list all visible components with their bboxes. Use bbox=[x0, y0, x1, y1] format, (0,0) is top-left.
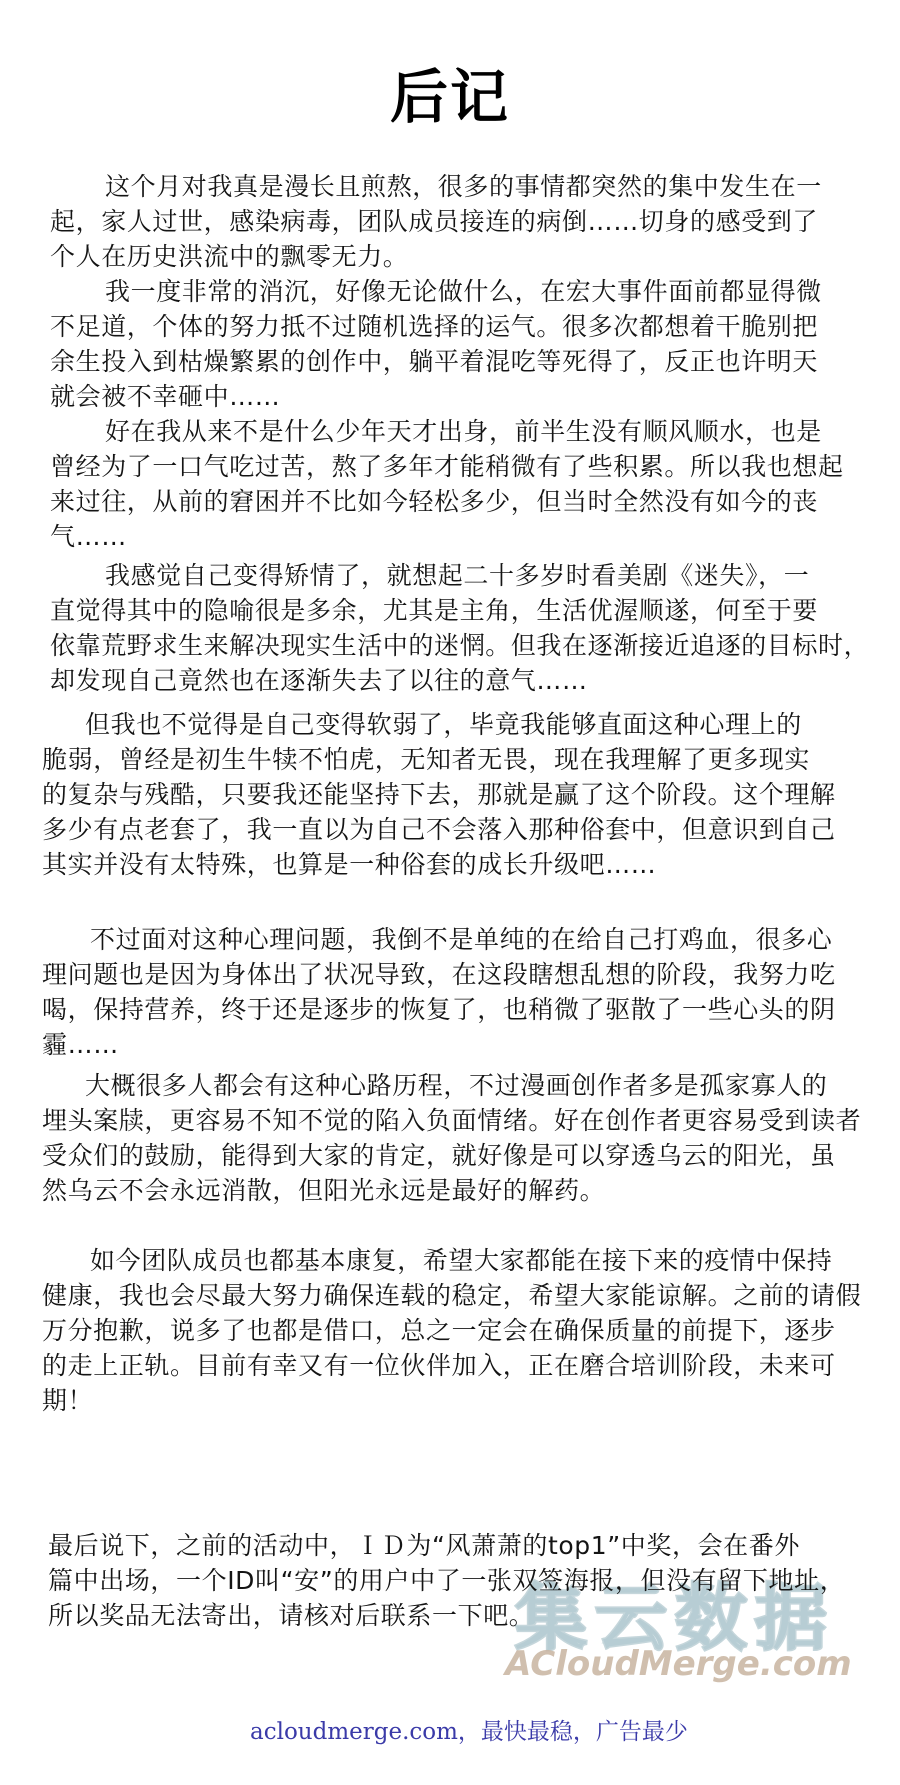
paragraph-8-line-3: 万分抱歉，说多了也都是借口，总之一定会在确保质量的前提下，逐步 bbox=[42, 1315, 836, 1347]
paragraph-8-line-4: 的走上正轨。目前有幸又有一位伙伴加入，正在磨合培训阶段，未来可 bbox=[42, 1350, 836, 1382]
paragraph-2-line-4: 就会被不幸砸中…… bbox=[50, 381, 280, 413]
paragraph-8-line-5: 期！ bbox=[42, 1385, 93, 1417]
paragraph-4-line-2: 直觉得其中的隐喻很是多余，尤其是主角，生活优渥顺遂，何至于要 bbox=[50, 595, 818, 627]
paragraph-3-line-4: 气…… bbox=[50, 521, 127, 553]
paragraph-6-line-2: 理问题也是因为身体出了状况导致，在这段瞎想乱想的阶段，我努力吃 bbox=[42, 959, 836, 991]
paragraph-3-line-3: 来过往，从前的窘困并不比如今轻松多少，但当时全然没有如今的丧 bbox=[50, 486, 818, 518]
paragraph-6-line-4: 霾…… bbox=[42, 1029, 119, 1061]
watermark-en-text: ACloudMerge.com bbox=[505, 1644, 852, 1684]
paragraph-1-line-2: 起，家人过世，感染病毒，团队成员接连的病倒……切身的感受到了 bbox=[50, 206, 818, 238]
paragraph-9-line-1: 最后说下，之前的活动中，ＩＤ为“风萧萧的top1”中奖，会在番外 bbox=[48, 1530, 800, 1562]
paragraph-5-line-4: 多少有点老套了，我一直以为自己不会落入那种俗套中，但意识到自己 bbox=[42, 814, 836, 846]
paragraph-9-line-2: 篇中出场，一个ID叫“安”的用户中了一张双签海报，但没有留下地址， bbox=[48, 1565, 845, 1597]
paragraph-2-line-2: 不足道，个体的努力抵不过随机选择的运气。很多次都想着干脆别把 bbox=[50, 311, 818, 343]
paragraph-6-line-1: 不过面对这种心理问题，我倒不是单纯的在给自己打鸡血，很多心 bbox=[90, 924, 832, 956]
page-title: 后记 bbox=[0, 62, 900, 132]
paragraph-5-line-1: 但我也不觉得是自己变得软弱了，毕竟我能够直面这种心理上的 bbox=[85, 709, 802, 741]
paragraph-1-line-1: 这个月对我真是漫长且煎熬，很多的事情都突然的集中发生在一 bbox=[105, 171, 822, 203]
paragraph-5-line-5: 其实并没有太特殊，也算是一种俗套的成长升级吧…… bbox=[42, 849, 656, 881]
paragraph-7-line-2: 埋头案牍，更容易不知不觉的陷入负面情绪。好在创作者更容易受到读者 bbox=[42, 1105, 861, 1137]
paragraph-2-line-1: 我一度非常的消沉，好像无论做什么，在宏大事件面前都显得微 bbox=[105, 276, 822, 308]
paragraph-4-line-4: 却发现自己竟然也在逐渐失去了以往的意气…… bbox=[50, 665, 588, 697]
paragraph-8-line-2: 健康，我也会尽最大努力确保连载的稳定，希望大家能谅解。之前的请假 bbox=[42, 1280, 861, 1312]
paragraph-2-line-3: 余生投入到枯燥繁累的创作中，躺平着混吃等死得了，反正也许明天 bbox=[50, 346, 818, 378]
paragraph-4-line-3: 依靠荒野求生来解决现实生活中的迷惘。但我在逐渐接近追逐的目标时， bbox=[50, 630, 869, 662]
paragraph-7-line-1: 大概很多人都会有这种心路历程，不过漫画创作者多是孤家寡人的 bbox=[85, 1070, 827, 1102]
paragraph-7-line-3: 受众们的鼓励，能得到大家的肯定，就好像是可以穿透乌云的阳光，虽 bbox=[42, 1140, 836, 1172]
footer-ad-link[interactable]: acloudmerge.com，最快最稳，广告最少 bbox=[250, 1717, 688, 1747]
paragraph-1-line-3: 个人在历史洪流中的飘零无力。 bbox=[50, 241, 408, 273]
paragraph-5-line-2: 脆弱，曾经是初生牛犊不怕虎，无知者无畏，现在我理解了更多现实 bbox=[42, 744, 810, 776]
paragraph-5-line-3: 的复杂与残酷，只要我还能坚持下去，那就是赢了这个阶段。这个理解 bbox=[42, 779, 836, 811]
paragraph-9-line-3: 所以奖品无法寄出，请核对后联系一下吧。 bbox=[48, 1600, 534, 1632]
paragraph-6-line-3: 喝，保持营养，终于还是逐步的恢复了，也稍微了驱散了一些心头的阴 bbox=[42, 994, 836, 1026]
paragraph-3-line-2: 曾经为了一口气吃过苦，熬了多年才能稍微有了些积累。所以我也想起 bbox=[50, 451, 844, 483]
paragraph-8-line-1: 如今团队成员也都基本康复，希望大家都能在接下来的疫情中保持 bbox=[90, 1245, 832, 1277]
paragraph-3-line-1: 好在我从来不是什么少年天才出身，前半生没有顺风顺水，也是 bbox=[105, 416, 822, 448]
paragraph-7-line-4: 然乌云不会永远消散，但阳光永远是最好的解药。 bbox=[42, 1175, 605, 1207]
paragraph-4-line-1: 我感觉自己变得矫情了，就想起二十多岁时看美剧《迷失》，一 bbox=[105, 560, 809, 592]
